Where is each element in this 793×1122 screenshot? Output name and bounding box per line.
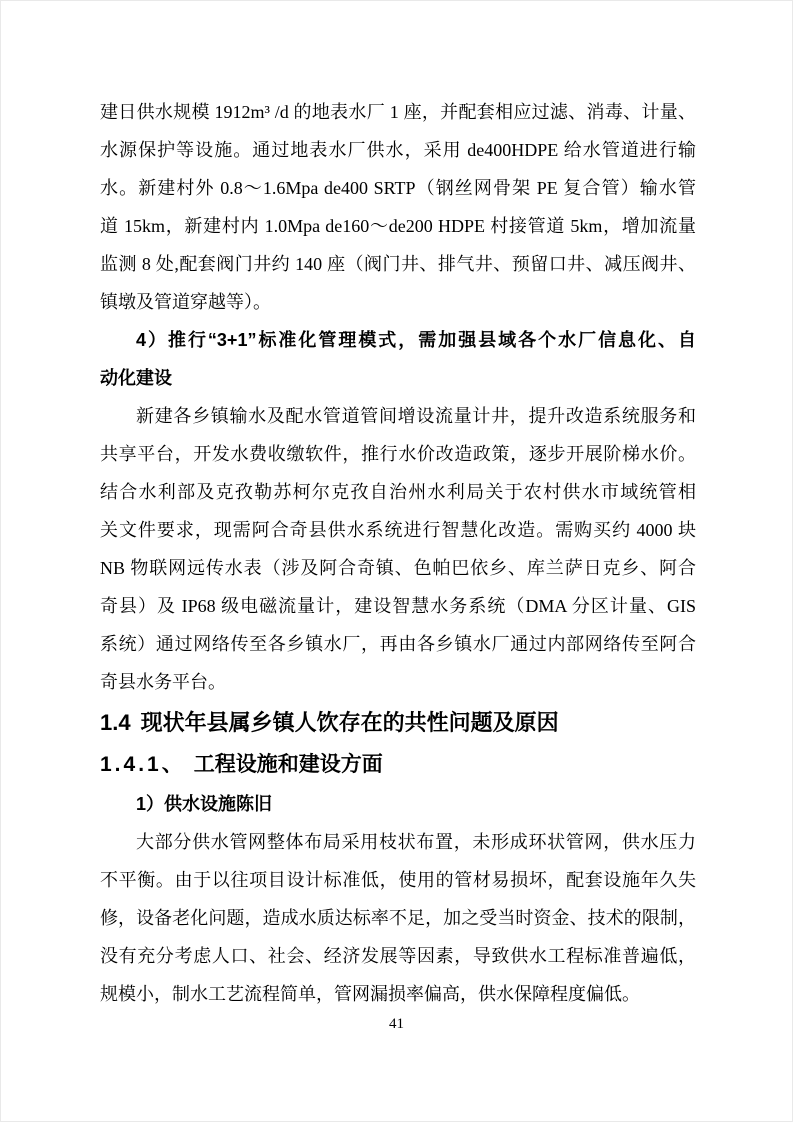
paragraph-network-problems: 大部分供水管网整体布局采用枝状布置，未形成环状管网，供水压力 不平衡。由于以往项…	[100, 823, 696, 1013]
paragraph-smart-water-system: 新建各乡镇输水及配水管道管间增设流量计井，提升改造系统服务和 共享平台，开发水费…	[100, 397, 696, 701]
body-line: 关文件要求，现需阿合奇县供水系统进行智慧化改造。需购买约 4000 块	[100, 511, 696, 549]
section-heading-1-4: 1.4现状年县属乡镇人饮存在的共性问题及原因	[100, 701, 696, 745]
subsection-title: 工程设施和建设方面	[194, 753, 383, 776]
body-line: NB 物联网远传水表（涉及阿合奇镇、色帕巴依乡、库兰萨日克乡、阿合	[100, 549, 696, 587]
body-line: 建日供水规模 1912m³ /d 的地表水厂 1 座，并配套相应过滤、消毒、计量…	[100, 93, 696, 131]
subsection-number: 1.4.1、	[100, 753, 186, 776]
body-line: 道 15km，新建村内 1.0Mpa de160～de200 HDPE 村接管道…	[100, 207, 696, 245]
body-line: 大部分供水管网整体布局采用枝状布置，未形成环状管网，供水压力	[100, 823, 696, 861]
body-line: 没有充分考虑人口、社会、经济发展等因素，导致供水工程标准普遍低，	[100, 937, 696, 975]
body-line: 规模小，制水工艺流程简单，管网漏损率偏高，供水保障程度偏低。	[100, 975, 696, 1013]
body-line: 奇县）及 IP68 级电磁流量计，建设智慧水务系统（DMA 分区计量、GIS	[100, 587, 696, 625]
section-title: 现状年县属乡镇人饮存在的共性问题及原因	[141, 710, 559, 735]
body-line: 修，设备老化问题，造成水质达标率不足，加之受当时资金、技术的限制，	[100, 899, 696, 937]
document-page: 建日供水规模 1912m³ /d 的地表水厂 1 座，并配套相应过滤、消毒、计量…	[0, 0, 793, 1122]
subsection-heading-1-4-1: 1.4.1、工程设施和建设方面	[100, 745, 696, 785]
body-line: 新建各乡镇输水及配水管道管间增设流量计井，提升改造系统服务和	[100, 397, 696, 435]
page-number: 41	[0, 1014, 793, 1034]
bold-heading-line: 4）推行“3+1”标准化管理模式，需加强县域各个水厂信息化、自	[100, 321, 696, 359]
body-line: 结合水利部及克孜勒苏柯尔克孜自治州水利局关于农村供水市域统管相	[100, 473, 696, 511]
body-line: 共享平台，开发水费收缴软件，推行水价改造政策，逐步开展阶梯水价。	[100, 435, 696, 473]
paragraph-surface-water-plant: 建日供水规模 1912m³ /d 的地表水厂 1 座，并配套相应过滤、消毒、计量…	[100, 93, 696, 321]
body-line: 不平衡。由于以往项目设计标准低，使用的管材易损坏，配套设施年久失	[100, 861, 696, 899]
section-number: 1.4	[100, 710, 131, 735]
body-line: 监测 8 处,配套阀门井约 140 座（阀门井、排气井、预留口井、减压阀井、	[100, 245, 696, 283]
body-line: 奇县水务平台。	[100, 663, 696, 701]
body-line: 水源保护等设施。通过地表水厂供水，采用 de400HDPE 给水管道进行输	[100, 131, 696, 169]
paragraph-management-mode-heading: 4）推行“3+1”标准化管理模式，需加强县域各个水厂信息化、自 动化建设	[100, 321, 696, 397]
body-line: 系统）通过网络传至各乡镇水厂，再由各乡镇水厂通过内部网络传至阿合	[100, 625, 696, 663]
body-line: 镇墩及管道穿越等）。	[100, 283, 696, 321]
list-item-heading-aging-facilities: 1）供水设施陈旧	[100, 785, 696, 823]
bold-heading-line: 动化建设	[100, 359, 696, 397]
body-line: 水。新建村外 0.8～1.6Mpa de400 SRTP（钢丝网骨架 PE 复合…	[100, 169, 696, 207]
